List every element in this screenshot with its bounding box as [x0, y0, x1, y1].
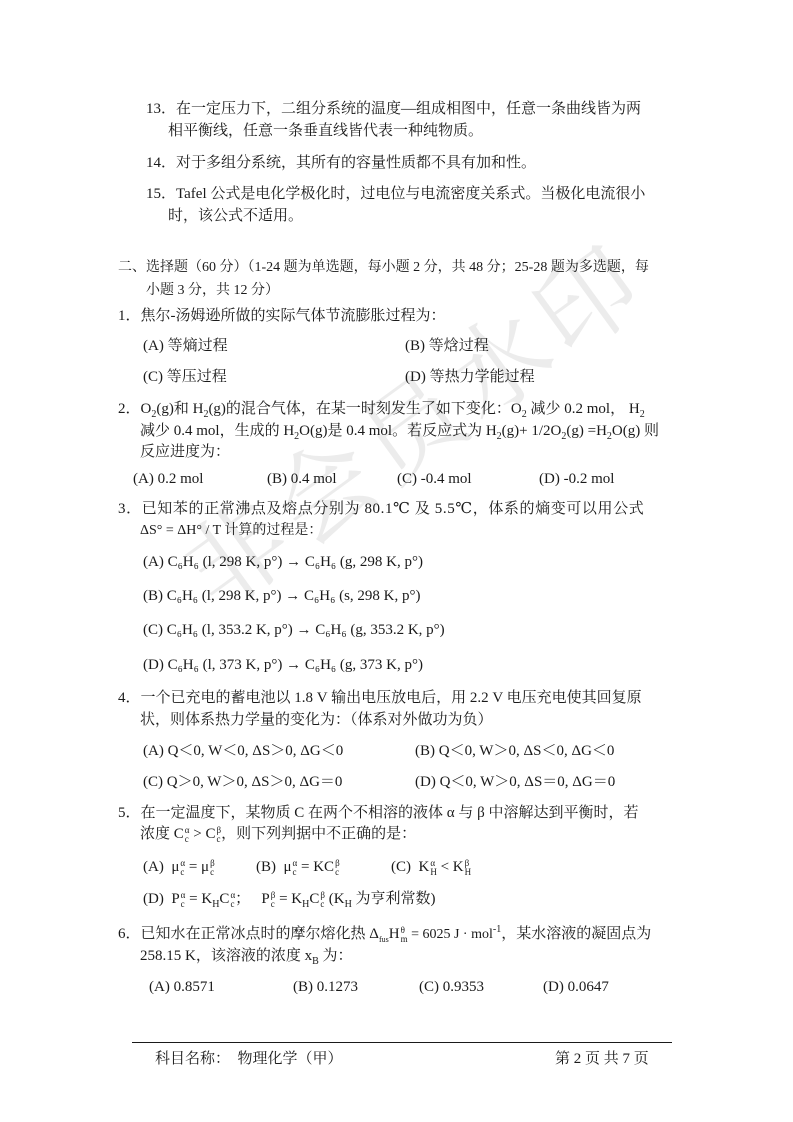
tf-item-13-line1: 13．在一定压力下，二组分系统的温度—组成相图中，任意一条曲线皆为两 — [146, 99, 641, 119]
q3-stem-line1: 3．已知苯的正常沸点及熔点分别为 80.1℃ 及 5.5℃，体系的熵变可以用公式 — [118, 499, 644, 519]
q2-option-b: (B) 0.4 mol — [267, 469, 337, 489]
tf-item-15-line1: 15．Tafel 公式是电化学极化时，过电位与电流密度关系式。当极化电流很小 — [146, 184, 645, 204]
q2-option-c: (C) -0.4 mol — [397, 469, 472, 489]
q5-option-a: (A) μαc = μβc — [143, 857, 215, 877]
q2-option-d: (D) -0.2 mol — [539, 469, 614, 489]
q5-option-c: (C) KαH < KβH — [391, 857, 471, 877]
q4-stem-line2: 状，则体系热力学量的变化为：（体系对外做功为负） — [140, 710, 493, 730]
q1-option-d: (D) 等热力学能过程 — [405, 367, 535, 387]
footer-divider — [132, 1042, 672, 1043]
q2-option-a: (A) 0.2 mol — [133, 469, 203, 489]
section-heading-line1: 二、选择题（60 分）（1-24 题为单选题，每小题 2 分，共 48 分；25… — [118, 258, 649, 278]
q3-option-a: (A) C₆H₆ (l, 298 K, p°) → C₆H₆ (g, 298 K… — [143, 552, 423, 572]
q3-option-c: (C) C₆H₆ (l, 353.2 K, p°) → C₆H₆ (g, 353… — [143, 620, 445, 640]
q6-option-a: (A) 0.8571 — [149, 977, 215, 997]
q6-option-c: (C) 0.9353 — [419, 977, 484, 997]
q4-option-a: (A) Q＜0, W＜0, ΔS＞0, ΔG＜0 — [143, 741, 343, 761]
footer-page-info: 第 2 页 共 7 页 — [555, 1049, 649, 1069]
tf-item-15-line2: 时，该公式不适用。 — [168, 206, 303, 226]
q2-stem-line2: 减少 0.4 mol，生成的 H2O(g)是 0.4 mol。若反应式为 H2(… — [140, 421, 659, 441]
q6-stem-line2: 258.15 K，该溶液的浓度 xB 为： — [140, 946, 353, 966]
subject-label: 科目名称： — [155, 1051, 230, 1067]
q4-option-d: (D) Q＜0, W＞0, ΔS＝0, ΔG＝0 — [415, 772, 615, 792]
q1-option-b: (B) 等焓过程 — [405, 336, 489, 356]
q1-stem: 1．焦尔-汤姆逊所做的实际气体节流膨胀过程为： — [118, 306, 446, 326]
q5-stem-line2: 浓度 Cαc > Cβc，则下列判据中不正确的是： — [140, 824, 416, 844]
q2-stem-line1: 2．O2(g)和 H2(g)的混合气体，在某一时刻发生了如下变化：O2 减少 0… — [118, 399, 645, 419]
q1-option-a: (A) 等熵过程 — [143, 336, 228, 356]
footer-subject: 科目名称： 物理化学（甲） — [155, 1049, 343, 1069]
q1-option-c: (C) 等压过程 — [143, 367, 227, 387]
q4-option-c: (C) Q＞0, W＞0, ΔS＞0, ΔG＝0 — [143, 772, 342, 792]
q5-stem-line1: 5．在一定温度下，某物质 C 在两个不相溶的液体 α 与 β 中溶解达到平衡时，… — [118, 803, 639, 823]
q3-stem-line2: ΔS° = ΔH° / T 计算的过程是： — [140, 521, 322, 541]
section-heading-line2: 小题 3 分，共 12 分） — [146, 281, 279, 301]
q5-option-b: (B) μαc = KCβc — [256, 857, 340, 877]
q4-stem-line1: 4．一个已充电的蓄电池以 1.8 V 输出电压放电后，用 2.2 V 电压充电使… — [118, 688, 642, 708]
q6-stem-line1: 6．已知水在正常冰点时的摩尔熔化热 ΔfusHθm = 6025 J · mol… — [118, 924, 651, 945]
tf-item-13-line2: 相平衡线，任意一条垂直线皆代表一种纯物质。 — [168, 121, 483, 141]
q2-stem-line3: 反应进度为： — [140, 442, 230, 462]
q4-option-b: (B) Q＜0, W＞0, ΔS＜0, ΔG＜0 — [415, 741, 614, 761]
q3-option-d: (D) C₆H₆ (l, 373 K, p°) → C₆H₆ (g, 373 K… — [143, 655, 423, 675]
q6-option-b: (B) 0.1273 — [293, 977, 358, 997]
q6-option-d: (D) 0.0647 — [543, 977, 609, 997]
q3-option-b: (B) C₆H₆ (l, 298 K, p°) → C₆H₆ (s, 298 K… — [143, 586, 421, 606]
subject-name: 物理化学（甲） — [238, 1051, 343, 1067]
tf-item-14: 14．对于多组分系统，其所有的容量性质都不具有加和性。 — [146, 153, 536, 173]
q5-option-d: (D) Pαc = KHCαc； Pβc = KHCβc (KH 为亨利常数) — [143, 889, 436, 909]
